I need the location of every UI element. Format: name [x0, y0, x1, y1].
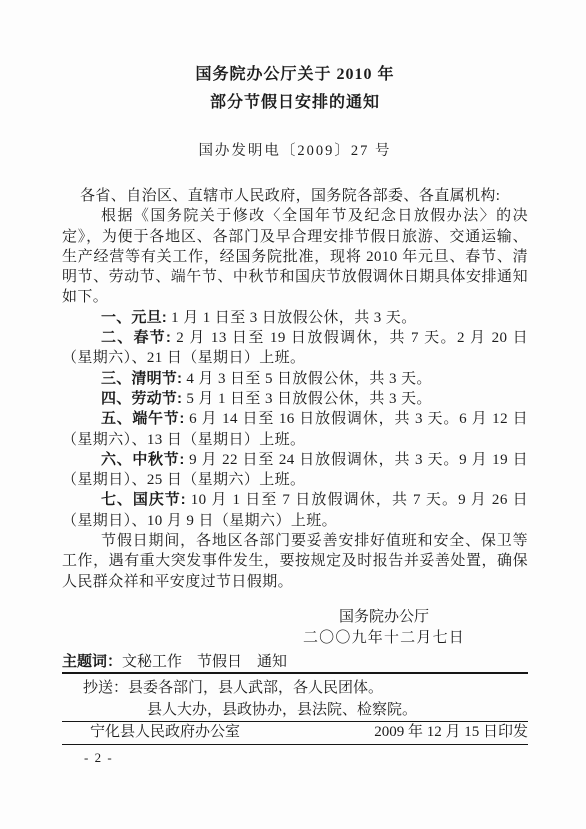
holiday-item-label: 四、劳动节: — [101, 390, 182, 407]
signature-block: 国务院办公厅 二〇〇九年十二月七日 — [62, 607, 528, 650]
holiday-item-spring-festival: 二、春节: 2 月 13 日至 19 日放假调休，共 7 天。2 月 20 日（… — [62, 328, 528, 369]
holiday-item-label: 一、元旦: — [101, 309, 167, 326]
document-body: 各省、自治区、直辖市人民政府，国务院各部委、各直属机构: 根据《国务院关于修改〈… — [62, 186, 528, 592]
signature-inner: 国务院办公厅 二〇〇九年十二月七日 — [303, 607, 465, 650]
holiday-item-new-year: 一、元旦: 1 月 1 日至 3 日放假公休，共 3 天。 — [62, 308, 528, 328]
holiday-item-labour-day: 四、劳动节: 5 月 1 日至 3 日放假公休，共 3 天。 — [62, 389, 528, 409]
signature-date: 二〇〇九年十二月七日 — [303, 628, 465, 650]
title-line-2: 部分节假日安排的通知 — [62, 89, 528, 117]
document-title: 国务院办公厅关于 2010 年 部分节假日安排的通知 — [62, 0, 528, 117]
holiday-item-text: 1 月 1 日至 3 日放假公休，共 3 天。 — [167, 310, 417, 326]
separator-line-top — [62, 672, 528, 674]
cc-label: 抄送： — [83, 680, 128, 696]
cc-block: 抄送：县委各部门，县人武部，各人民团体。 县人大办，县政协办，县法院、检察院。 — [62, 677, 528, 721]
holiday-item-label: 七、国庆节: — [101, 491, 186, 508]
holiday-item-dragon-boat: 五、端午节: 6 月 14 日至 16 日放假调休，共 3 天。6 月 12 日… — [62, 409, 528, 450]
holiday-item-label: 五、端午节: — [101, 410, 185, 427]
separator-line-bottom — [62, 744, 528, 745]
page-number: - 2 - — [84, 750, 113, 766]
holiday-item-label: 二、春节: — [101, 329, 171, 346]
holiday-item-mid-autumn: 六、中秋节: 9 月 22 日至 24 日放假调休，共 3 天。9 月 19 日… — [62, 450, 528, 491]
issuer-name: 宁化县人民政府办公室 — [90, 725, 240, 740]
holiday-item-national-day: 七、国庆节: 10 月 1 日至 7 日放假调休，共 7 天。9 月 26 日（… — [62, 490, 528, 531]
print-date: 2009 年 12 月 15 日印发 — [374, 725, 528, 740]
cc-line-2: 县人大办，县政协办，县法院、检察院。 — [62, 699, 528, 721]
document-page: 国务院办公厅关于 2010 年 部分节假日安排的通知 国办发明电〔2009〕27… — [0, 0, 586, 829]
holiday-item-text: 5 月 1 日至 3 日放假公休，共 3 天。 — [182, 391, 432, 407]
title-line-1: 国务院办公厅关于 2010 年 — [62, 61, 528, 89]
intro-paragraph: 根据《国务院关于修改〈全国年节及纪念日放假办法〉的决定》，为便于各地区、各部门及… — [62, 206, 528, 307]
issuer-row: 宁化县人民政府办公室 2009 年 12 月 15 日印发 — [62, 722, 528, 744]
closing-paragraph: 节假日期间，各地区各部门要妥善安排好值班和安全、保卫等工作，遇有重大突发事件发生… — [62, 531, 528, 592]
holiday-item-label: 三、清明节: — [101, 370, 182, 387]
subject-terms: 文秘工作 节假日 通知 — [122, 654, 287, 670]
salutation-line: 各省、自治区、直辖市人民政府，国务院各部委、各直属机构: — [62, 186, 528, 206]
subject-row: 主题词：文秘工作 节假日 通知 — [62, 652, 528, 672]
subject-label: 主题词： — [62, 653, 122, 670]
cc-recipients-1: 县委各部门，县人武部，各人民团体。 — [128, 680, 383, 696]
holiday-item-text: 4 月 3 日至 5 日放假公休，共 3 天。 — [182, 371, 432, 387]
document-number: 国办发明电〔2009〕27 号 — [62, 139, 528, 160]
holiday-item-qingming: 三、清明节: 4 月 3 日至 5 日放假公休，共 3 天。 — [62, 369, 528, 389]
cc-line-1: 抄送：县委各部门，县人武部，各人民团体。 — [62, 677, 528, 699]
signer-name: 国务院办公厅 — [303, 607, 465, 629]
document-content: 国务院办公厅关于 2010 年 部分节假日安排的通知 国办发明电〔2009〕27… — [62, 0, 528, 745]
holiday-item-label: 六、中秋节: — [101, 451, 185, 468]
